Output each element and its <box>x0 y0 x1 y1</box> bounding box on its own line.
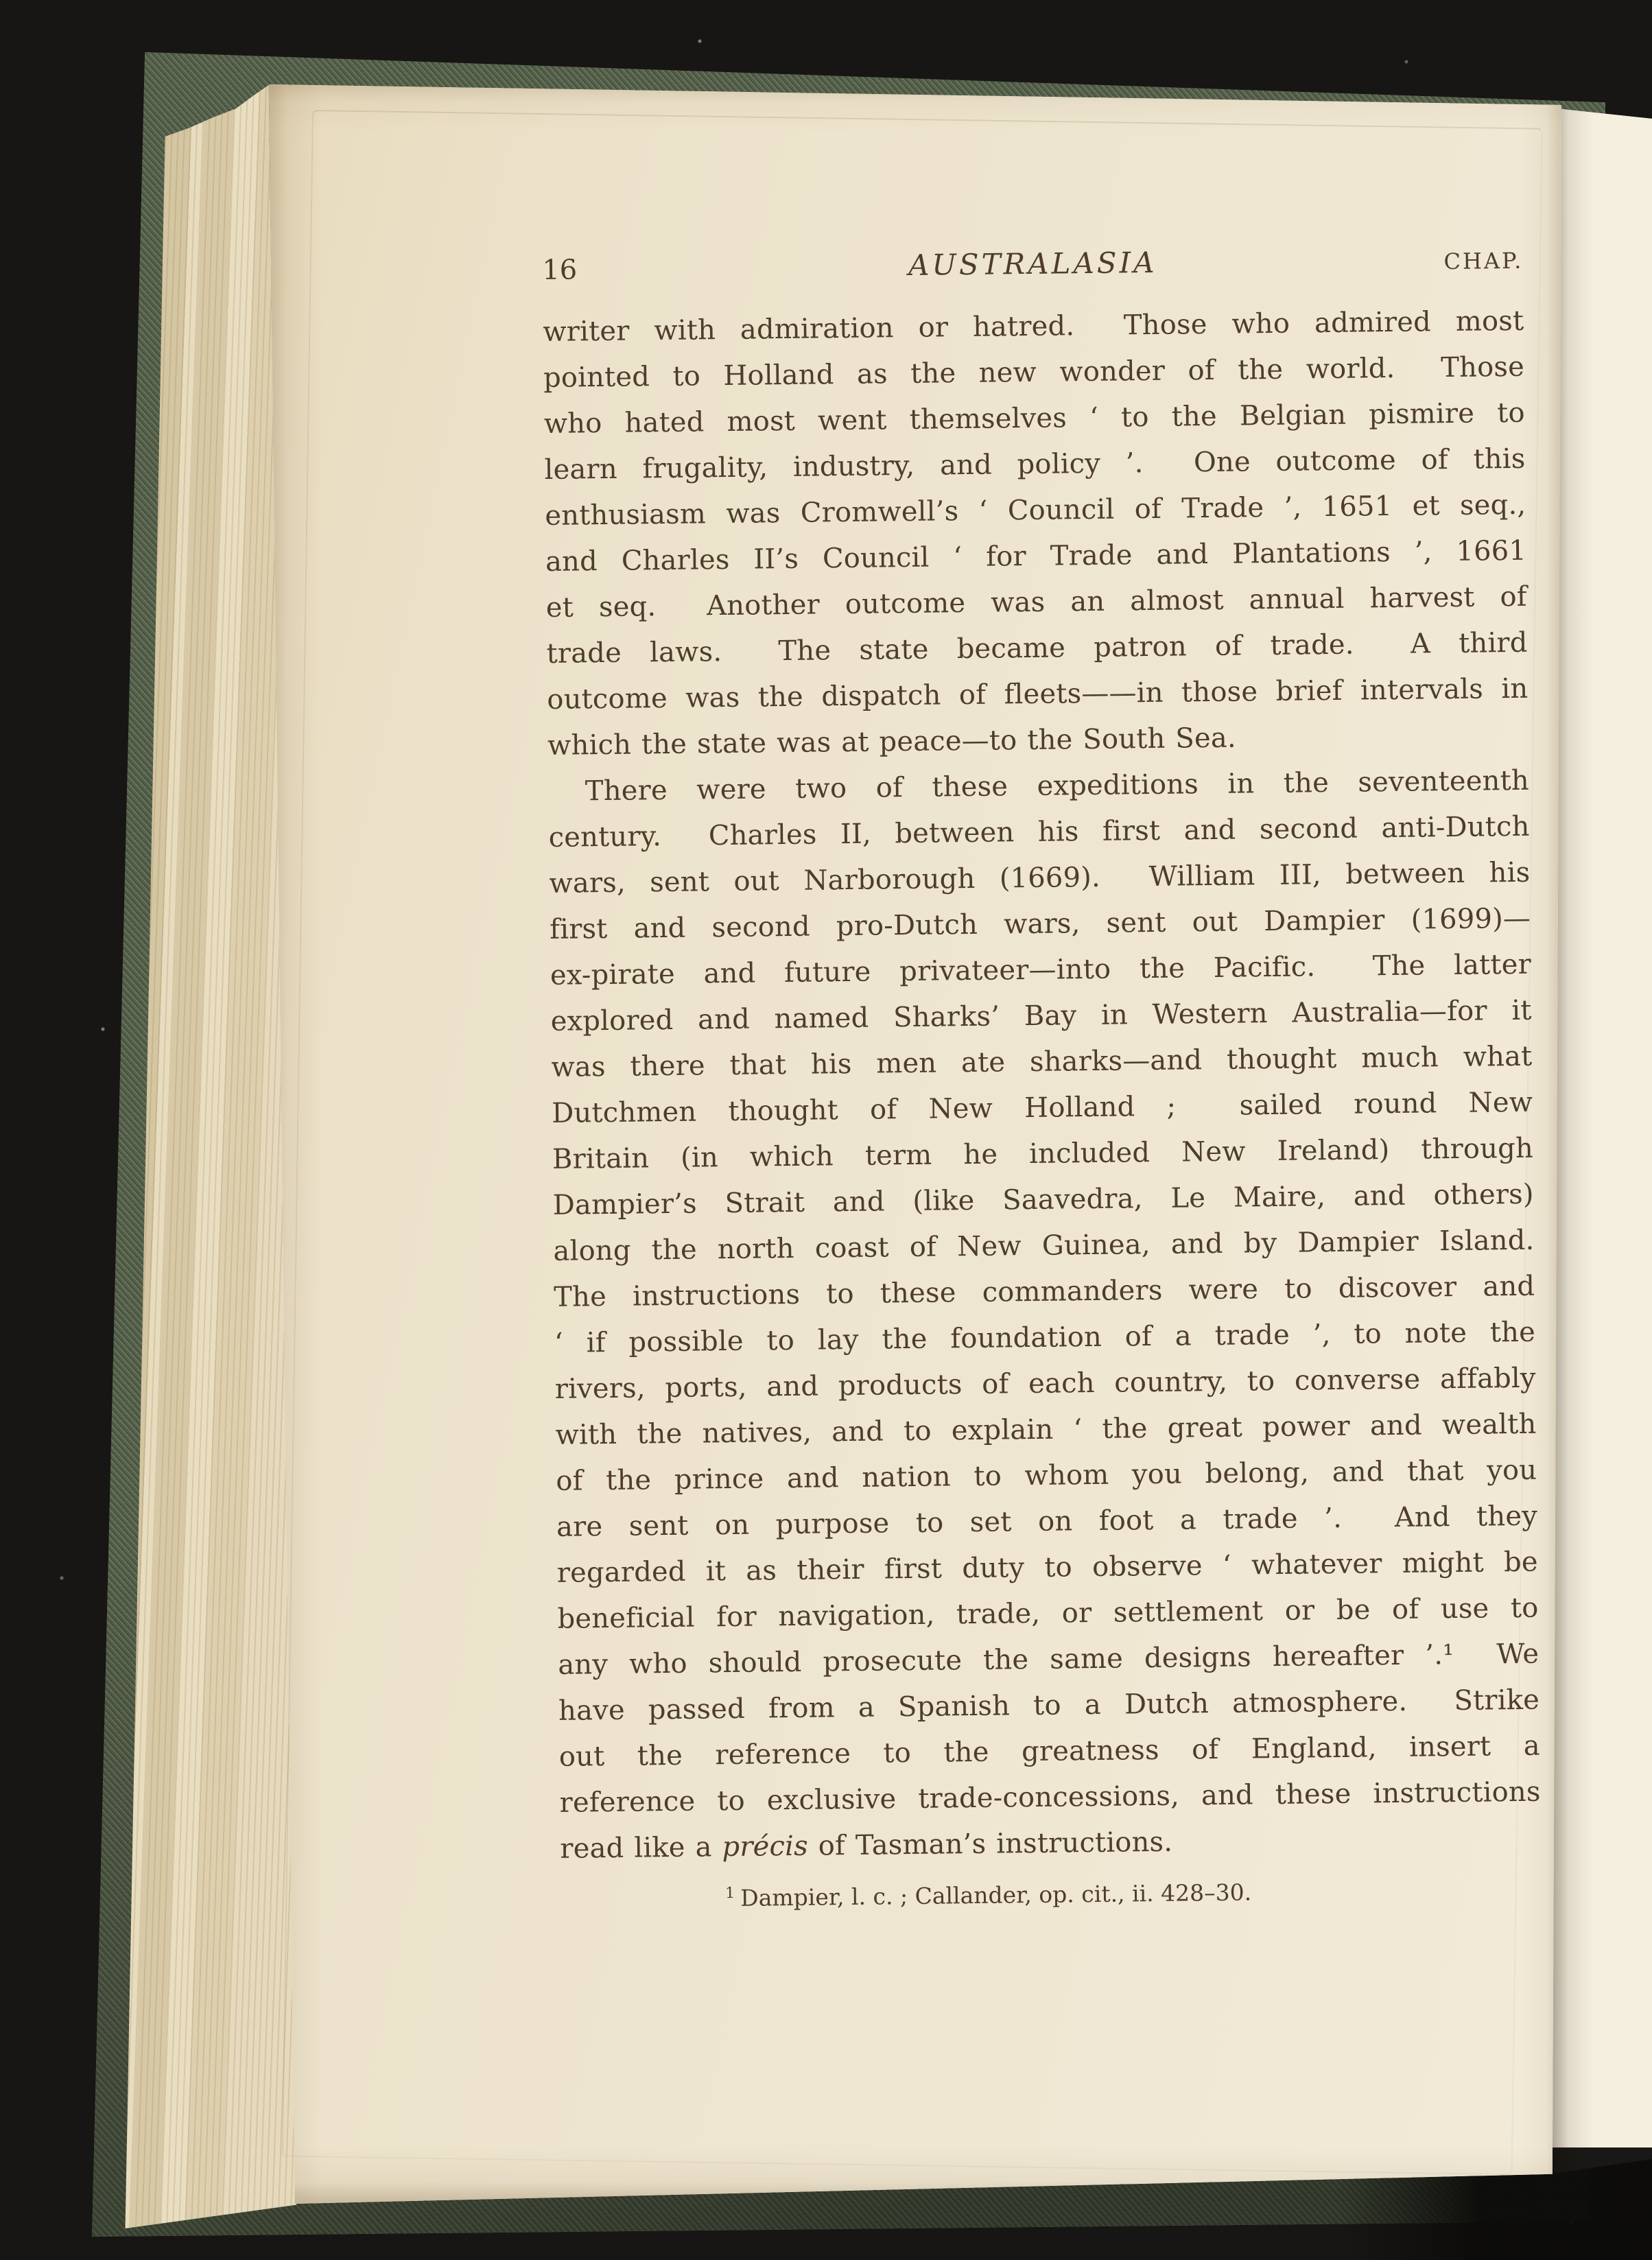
running-title: AUSTRALASIA <box>869 245 1196 282</box>
body-text: writer with admiration or hatred. Those … <box>543 298 1542 1872</box>
underlying-page <box>1550 108 1652 2174</box>
footnote-marker: 1 <box>725 1885 735 1902</box>
book-photo: 16 AUSTRALASIA CHAP. writer with admirat… <box>0 0 1652 2260</box>
chapter-header: CHAP. <box>1196 248 1523 277</box>
footnote-text: Dampier, l. c. ; Callander, op. cit., ii… <box>740 1879 1251 1911</box>
printed-text: 16 AUSTRALASIA CHAP. writer with admirat… <box>542 242 1542 1916</box>
page-number: 16 <box>542 251 869 286</box>
